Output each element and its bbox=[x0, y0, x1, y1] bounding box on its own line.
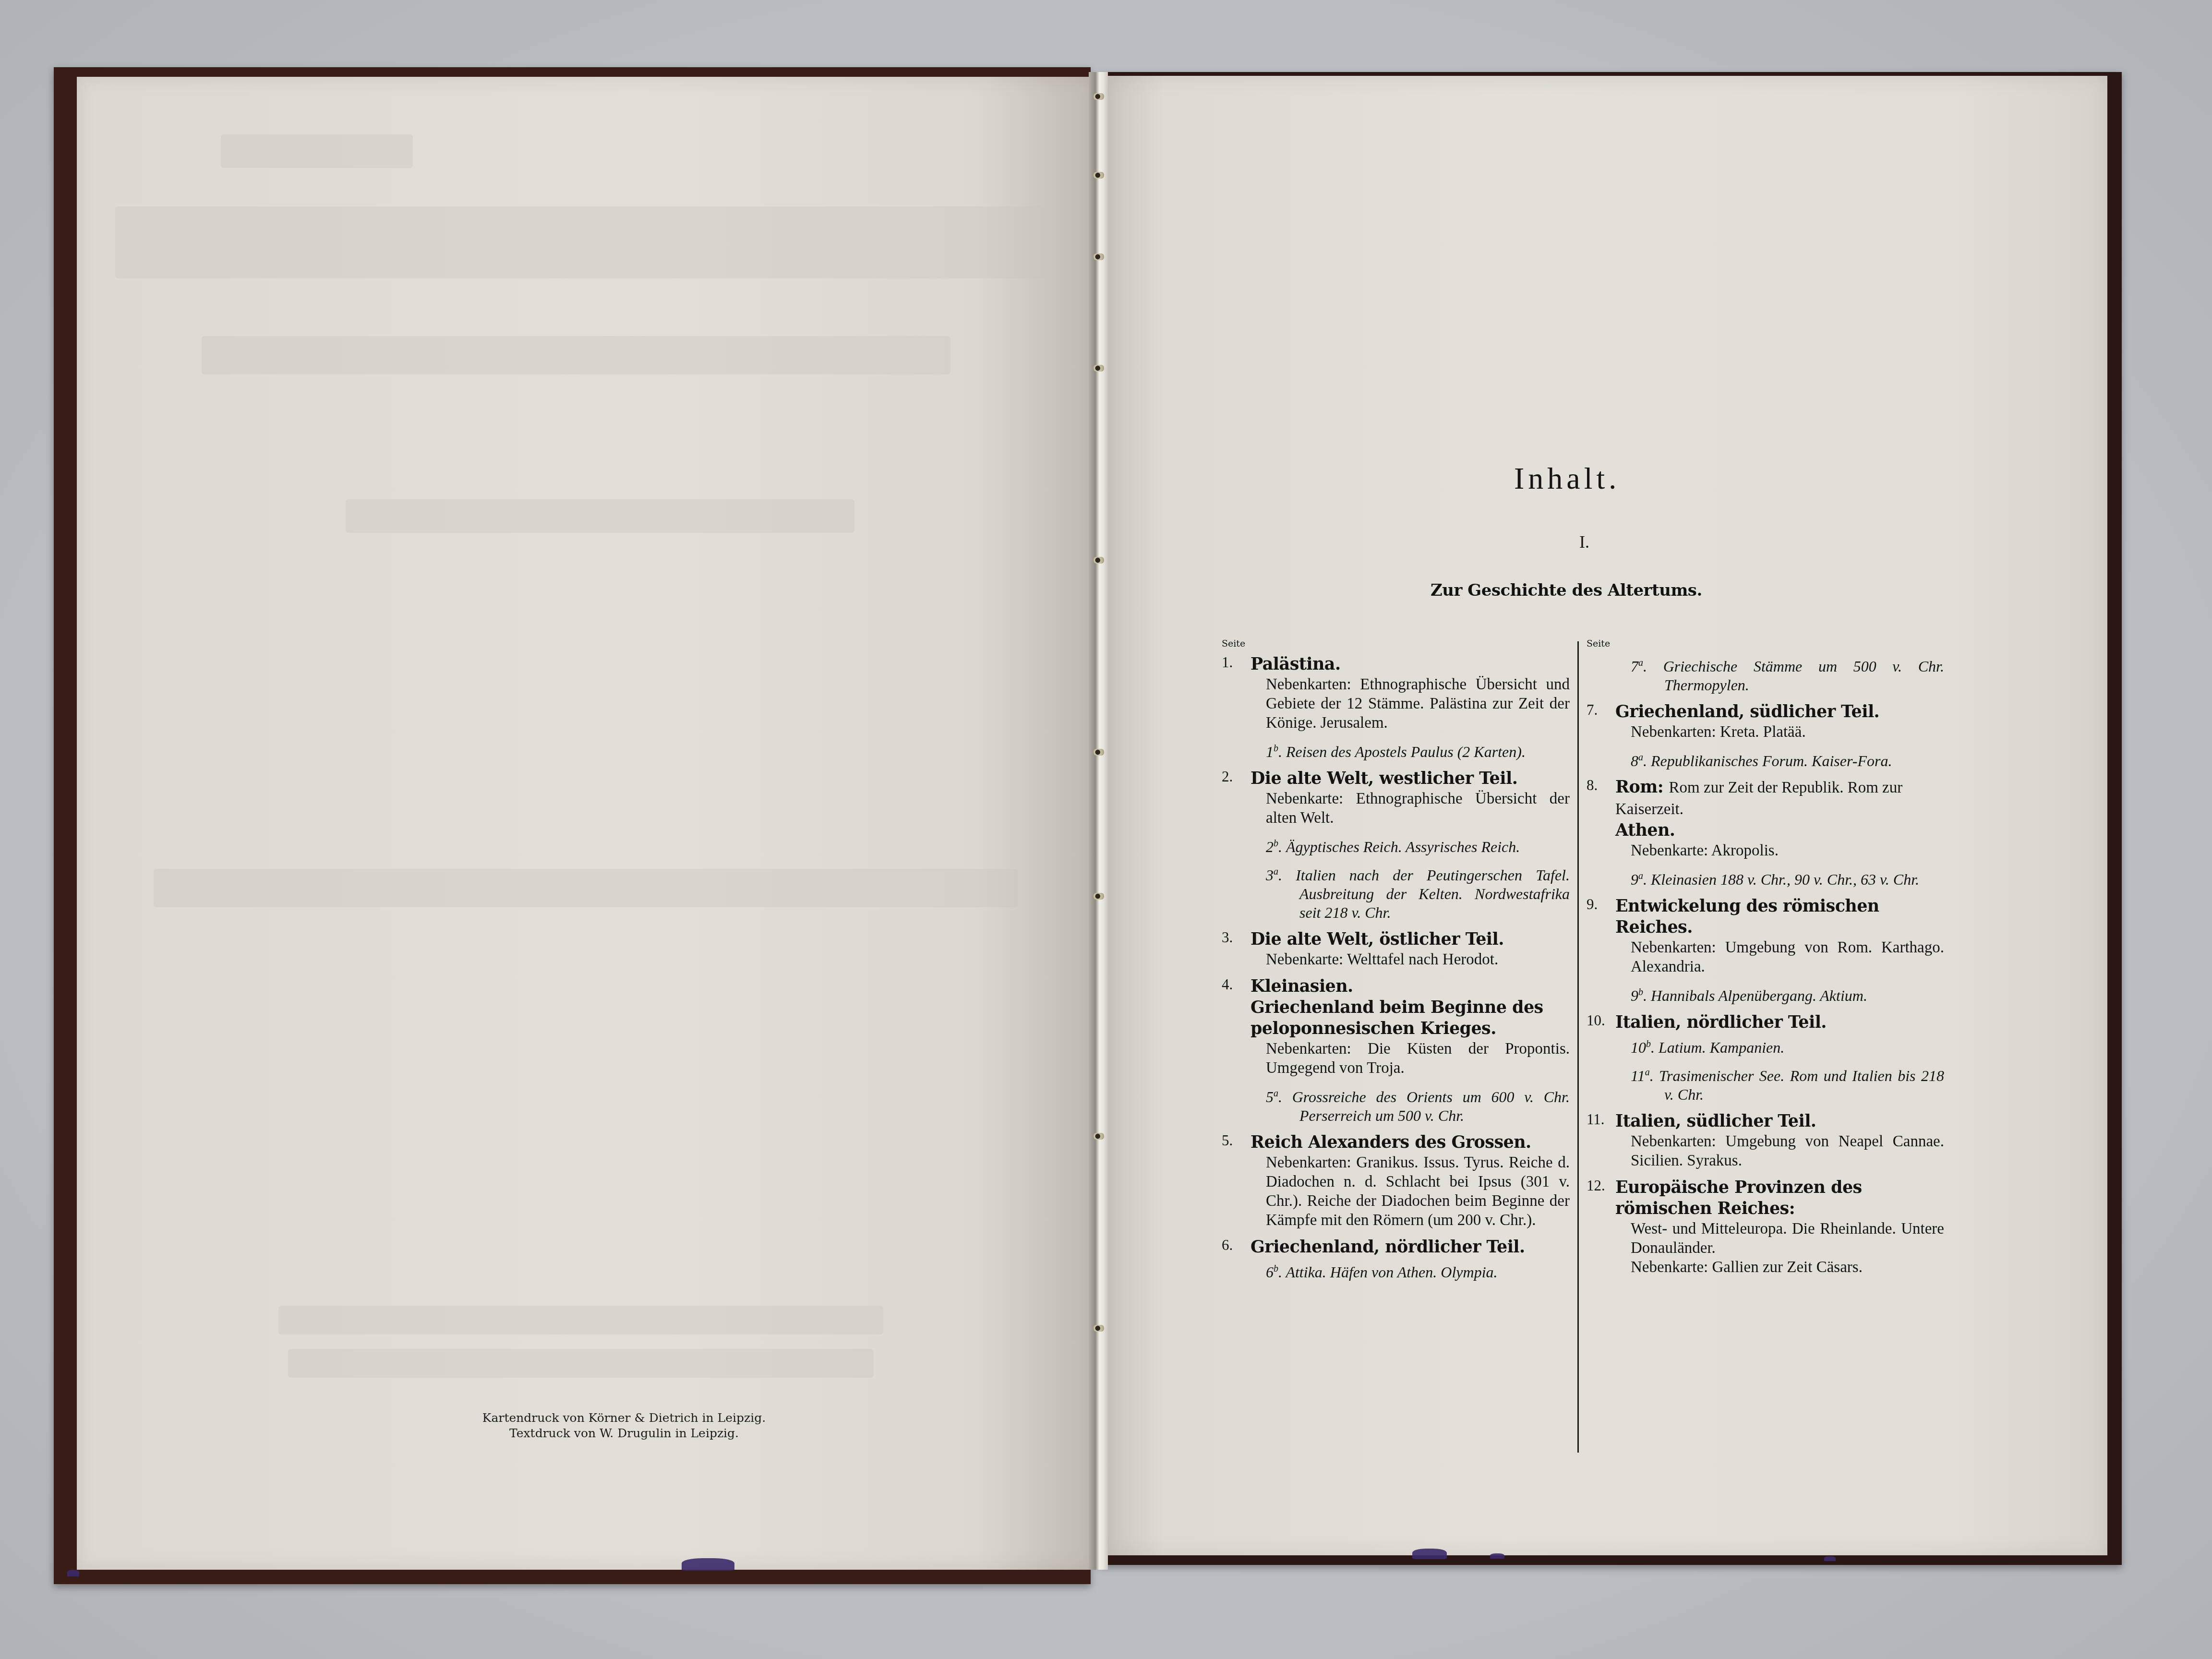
toc-entry: 1. Palästina. Nebenkarten: Ethnographisc… bbox=[1222, 654, 1570, 761]
binding-stitch bbox=[1094, 1325, 1104, 1332]
entry-heading: Palästina. bbox=[1250, 654, 1570, 675]
binding-stitch bbox=[1094, 749, 1104, 756]
entry-heading: Entwickelung des römischen Reiches. bbox=[1615, 896, 1944, 938]
entry-heading: Die alte Welt, westlicher Teil. bbox=[1250, 768, 1570, 789]
entry-map-item: 7a. Griechische Stämme um 500 v. Chr. Th… bbox=[1631, 654, 1944, 695]
entry-number: 11. bbox=[1587, 1111, 1615, 1128]
entry-heading: Griechenland, nördlicher Teil. bbox=[1250, 1237, 1570, 1258]
entry-number: 6. bbox=[1222, 1237, 1248, 1254]
show-through-text bbox=[346, 499, 854, 533]
entry-inset-maps: Nebenkarten: Granikus. Issus. Tyrus. Rei… bbox=[1266, 1153, 1570, 1230]
toc-entry: 10. Italien, nördlicher Teil. 10b. Latiu… bbox=[1587, 1012, 1944, 1104]
entry-map-item: 10b. Latium. Kampanien. bbox=[1631, 1035, 1944, 1057]
part-number: I. bbox=[1579, 532, 1589, 552]
toc-column-left: Seite 1. Palästina. Nebenkarten: Ethnogr… bbox=[1222, 638, 1570, 1288]
entry-number: 4. bbox=[1222, 976, 1248, 993]
column-header: Seite bbox=[1587, 638, 1944, 649]
entry-number: 2. bbox=[1222, 768, 1248, 785]
entry-number: 12. bbox=[1587, 1177, 1615, 1194]
entry-inset-maps: Nebenkarte: Welttafel nach Herodot. bbox=[1266, 950, 1570, 969]
toc-entry: 2. Die alte Welt, westlicher Teil. Neben… bbox=[1222, 768, 1570, 922]
entry-map-item: 9b. Hannibals Alpenübergang. Aktium. bbox=[1631, 983, 1944, 1005]
entry-number: 3. bbox=[1222, 929, 1248, 946]
entry-map-item: 8a. Republikanisches Forum. Kaiser-Fora. bbox=[1631, 748, 1944, 770]
entry-heading: Rom: Rom zur Zeit der Republik. Rom zur … bbox=[1615, 777, 1944, 820]
column-header: Seite bbox=[1222, 638, 1570, 649]
entry-map-item: 1b. Reisen des Apostels Paulus (2 Karten… bbox=[1266, 739, 1570, 761]
imprint-line: Textdruck von W. Drugulin in Leipzig. bbox=[461, 1426, 787, 1441]
toc-entry: 11. Italien, südlicher Teil. Nebenkarten… bbox=[1587, 1111, 1944, 1170]
binding-stitch bbox=[1094, 93, 1104, 100]
binding-stitch bbox=[1094, 365, 1104, 372]
toc-entry: 12. Europäische Provinzen des römischen … bbox=[1587, 1177, 1944, 1277]
entry-heading: Kleinasien. bbox=[1250, 976, 1570, 997]
show-through-text bbox=[278, 1306, 883, 1334]
left-page bbox=[77, 77, 1099, 1570]
entry-map-item: 2b. Ägyptisches Reich. Assyrisches Reich… bbox=[1266, 834, 1570, 856]
entry-map-item: 9a. Kleinasien 188 v. Chr., 90 v. Chr., … bbox=[1631, 867, 1944, 889]
toc-entry: 7. Griechenland, südlicher Teil. Nebenka… bbox=[1587, 701, 1944, 770]
entry-heading: Griechenland, südlicher Teil. bbox=[1615, 701, 1944, 722]
book-spine-gutter bbox=[1089, 72, 1108, 1570]
entry-heading: Europäische Provinzen des römischen Reic… bbox=[1615, 1177, 1944, 1219]
entry-number: 1. bbox=[1222, 654, 1248, 671]
section-title: Zur Geschichte des Altertums. bbox=[1431, 581, 1702, 600]
entry-inset-maps: Nebenkarten: Die Küsten der Propontis. U… bbox=[1266, 1039, 1570, 1078]
show-through-text bbox=[154, 869, 1018, 907]
entry-heading: Die alte Welt, östlicher Teil. bbox=[1250, 929, 1570, 950]
toc-entry: 7a. Griechische Stämme um 500 v. Chr. Th… bbox=[1587, 654, 1944, 695]
entry-heading-secondary: Athen. bbox=[1615, 820, 1944, 841]
ink-blot bbox=[682, 1558, 734, 1571]
show-through-text bbox=[115, 206, 1046, 278]
toc-entry: 4. Kleinasien. Griechenland beim Beginne… bbox=[1222, 976, 1570, 1125]
toc-entry: 8. Rom: Rom zur Zeit der Republik. Rom z… bbox=[1587, 777, 1944, 889]
toc-entry: 5. Reich Alexanders des Grossen. Nebenka… bbox=[1222, 1132, 1570, 1230]
ink-blot bbox=[1490, 1553, 1504, 1559]
entry-inset-maps: Nebenkarte: Akropolis. bbox=[1631, 841, 1944, 860]
entry-number: 5. bbox=[1222, 1132, 1248, 1149]
entry-map-item: 3a. Italien nach der Peutingerschen Tafe… bbox=[1266, 863, 1570, 922]
entry-map-item: 11a. Trasimenischer See. Rom und Italien… bbox=[1631, 1063, 1944, 1104]
entry-heading-secondary: Griechenland beim Beginne des peloponnes… bbox=[1250, 997, 1570, 1039]
entry-number: 8. bbox=[1587, 777, 1615, 794]
binding-stitch bbox=[1094, 172, 1104, 179]
show-through-text bbox=[202, 336, 950, 374]
binding-stitch bbox=[1094, 557, 1104, 564]
entry-heading: Reich Alexanders des Grossen. bbox=[1250, 1132, 1570, 1153]
entry-number: 9. bbox=[1587, 896, 1615, 913]
printer-imprint: Kartendruck von Körner & Dietrich in Lei… bbox=[461, 1410, 787, 1441]
entry-inset-maps: West- und Mitteleuropa. Die Rheinlande. … bbox=[1631, 1219, 1944, 1258]
toc-entry: 9. Entwickelung des römischen Reiches. N… bbox=[1587, 896, 1944, 1005]
entry-inset-maps: Nebenkarte: Gallien zur Zeit Cäsars. bbox=[1631, 1258, 1944, 1277]
entry-inset-maps: Nebenkarten: Ethnographische Übersicht u… bbox=[1266, 675, 1570, 733]
entry-heading: Italien, südlicher Teil. bbox=[1615, 1111, 1944, 1132]
ink-blot bbox=[1824, 1556, 1836, 1561]
binding-stitch bbox=[1094, 253, 1104, 260]
toc-entry: 6. Griechenland, nördlicher Teil. 6b. At… bbox=[1222, 1237, 1570, 1282]
entry-heading: Italien, nördlicher Teil. bbox=[1615, 1012, 1944, 1033]
entry-number: 10. bbox=[1587, 1012, 1615, 1029]
toc-column-right: Seite 7a. Griechische Stämme um 500 v. C… bbox=[1587, 638, 1944, 1284]
ink-blot bbox=[1412, 1549, 1447, 1559]
ink-blot bbox=[67, 1570, 79, 1576]
entry-inset-maps: Nebenkarten: Umgebung von Rom. Karthago.… bbox=[1631, 938, 1944, 976]
show-through-text bbox=[288, 1349, 874, 1378]
entry-map-item: 6b. Attika. Häfen von Athen. Olympia. bbox=[1266, 1260, 1570, 1282]
entry-inset-maps: Nebenkarten: Kreta. Platää. bbox=[1631, 722, 1944, 742]
entry-inset-maps: Nebenkarte: Ethnographische Übersicht de… bbox=[1266, 789, 1570, 828]
page-title: Inhalt. bbox=[1514, 461, 1620, 496]
binding-stitch bbox=[1094, 1133, 1104, 1140]
imprint-line: Kartendruck von Körner & Dietrich in Lei… bbox=[461, 1410, 787, 1426]
toc-entry: 3. Die alte Welt, östlicher Teil. Nebenk… bbox=[1222, 929, 1570, 969]
show-through-text bbox=[221, 134, 413, 168]
entry-map-item: 5a. Grossreiche des Orients um 600 v. Ch… bbox=[1266, 1084, 1570, 1125]
entry-inset-maps: Nebenkarten: Umgebung von Neapel Cannae.… bbox=[1631, 1132, 1944, 1170]
entry-number: 7. bbox=[1587, 701, 1615, 719]
column-divider bbox=[1577, 641, 1579, 1453]
binding-stitch bbox=[1094, 893, 1104, 900]
